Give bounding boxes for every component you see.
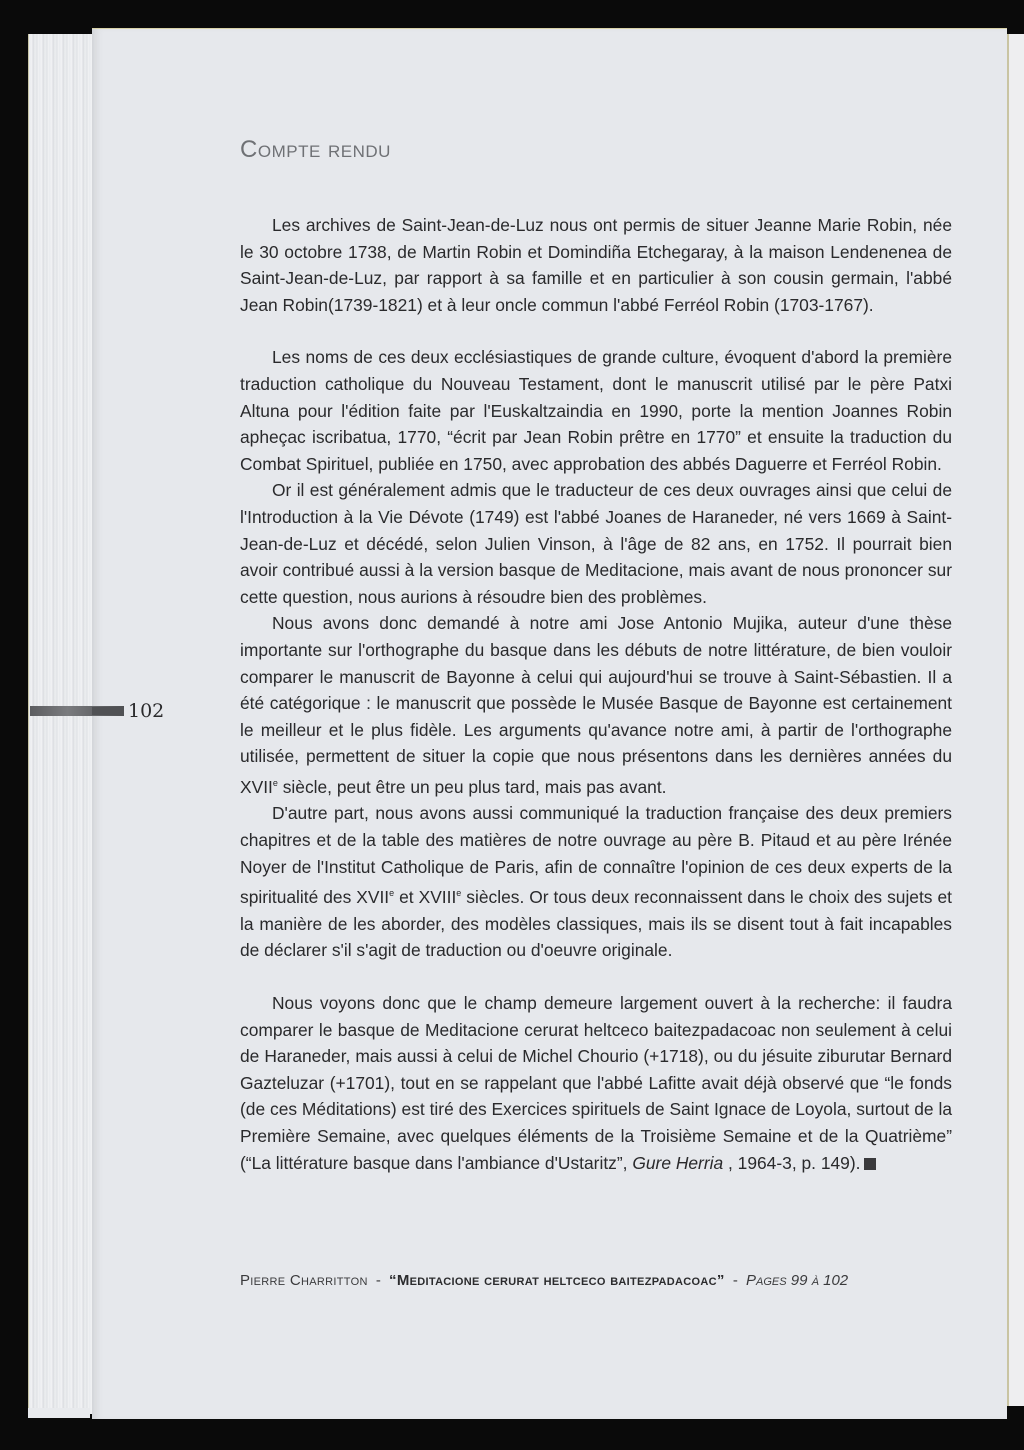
paragraph-4: Nous avons donc demandé à notre ami Jose…	[240, 610, 952, 800]
scanned-book-page: Compte rendu 102 Les archives de Saint-J…	[0, 0, 1024, 1450]
article-body: Les archives de Saint-Jean-de-Luz nous o…	[240, 212, 952, 1176]
running-head: Compte rendu	[240, 136, 391, 164]
footer-separator: -	[376, 1272, 381, 1289]
paragraph-4-text: Nous avons donc demandé à notre ami Jose…	[240, 613, 952, 797]
end-mark-square-icon	[864, 1158, 876, 1170]
paragraph-2: Les noms de ces deux ecclésiastiques de …	[240, 344, 952, 477]
running-footer: Pierre Charritton - “Meditacione cerurat…	[240, 1272, 848, 1289]
footer-article-title: “Meditacione cerurat heltceco baitezpada…	[389, 1272, 725, 1289]
journal-title: Gure Herria	[632, 1153, 723, 1173]
paragraph-6-citation: , 1964-3, p. 149).	[723, 1153, 860, 1173]
paragraph-6-text: Nous voyons donc que le champ demeure la…	[240, 993, 952, 1173]
paragraph-4-text-end: siècle, peut être un peu plus tard, mais…	[278, 777, 667, 797]
footer-separator: -	[733, 1272, 738, 1289]
paragraph-1: Les archives de Saint-Jean-de-Luz nous o…	[240, 212, 952, 318]
page-stack-bottom	[28, 1408, 90, 1418]
paragraph-3: Or il est généralement admis que le trad…	[240, 477, 952, 610]
page-number: 102	[128, 700, 164, 722]
bleed-through-text	[455, 118, 472, 166]
page-stack-edges	[28, 34, 95, 1414]
footer-author: Pierre Charritton	[240, 1272, 368, 1289]
paragraph-5-text-2: et XVIII	[394, 887, 456, 907]
paragraph-5: D'autre part, nous avons aussi communiqu…	[240, 800, 952, 964]
folio-marker-bar-solid	[92, 707, 124, 715]
paragraph-6: Nous voyons donc que le champ demeure la…	[240, 990, 952, 1176]
facing-page-edge	[1007, 34, 1024, 1406]
footer-page-range: Pages 99 à 102	[746, 1272, 848, 1289]
